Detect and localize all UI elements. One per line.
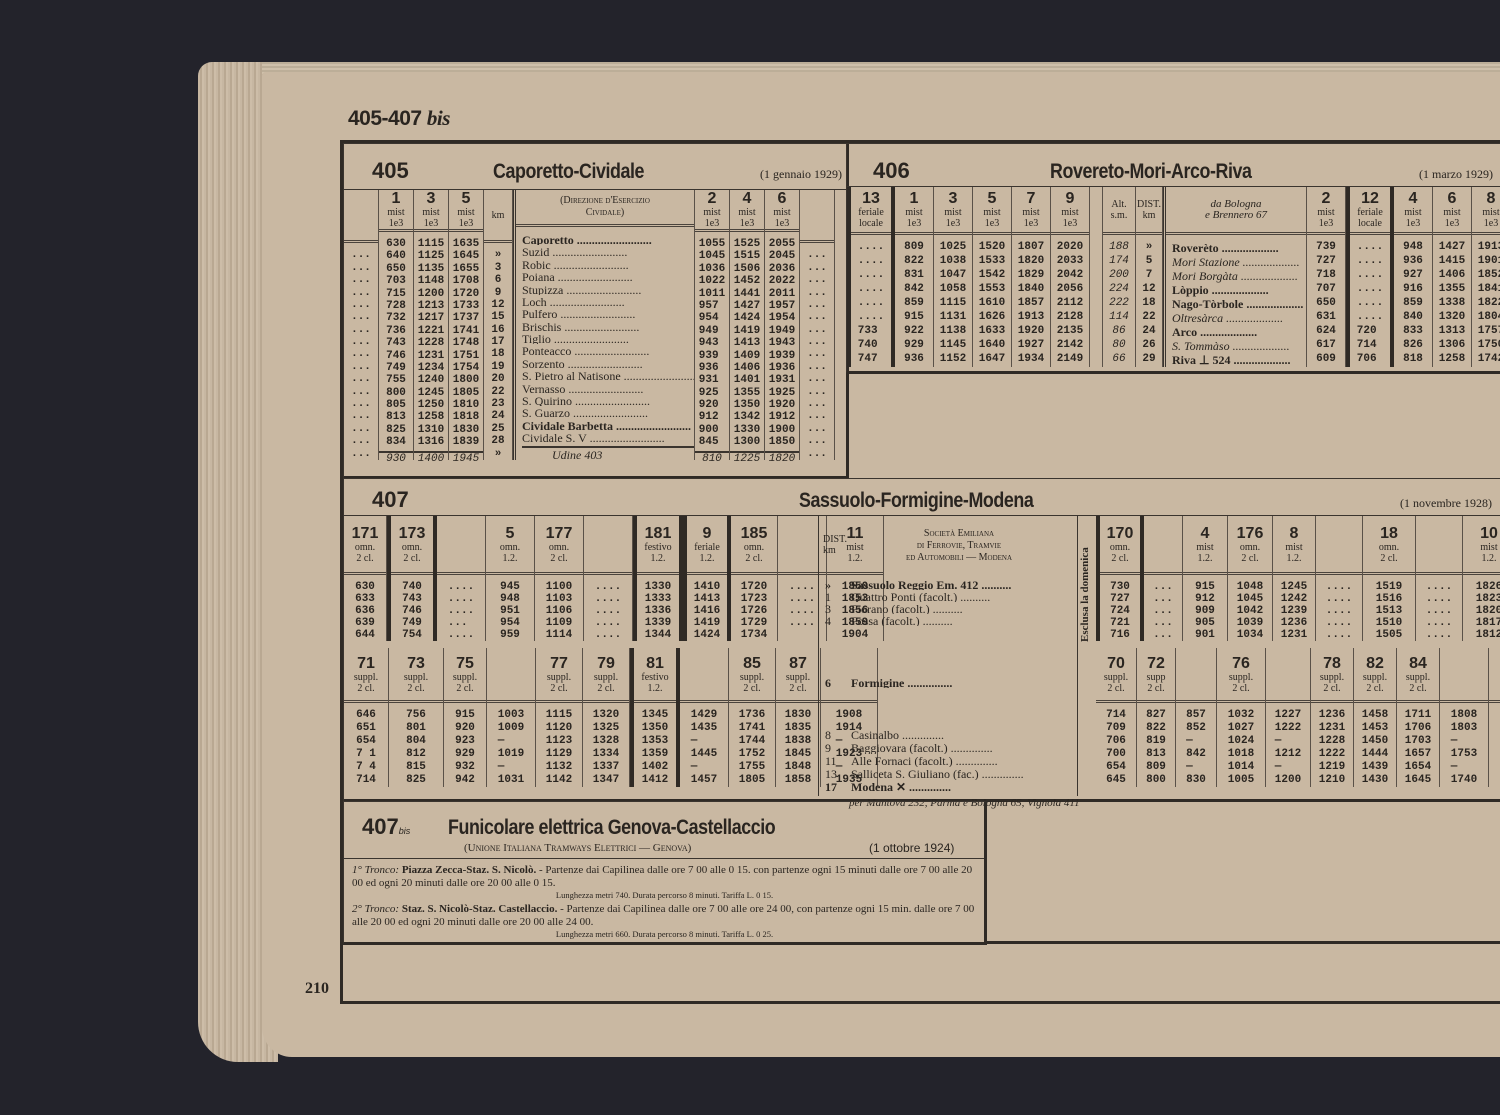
connection-time: 1225 <box>730 451 764 465</box>
time-cell: 915 <box>1195 581 1215 593</box>
train-header: 2mist1e3 <box>1307 187 1345 235</box>
time-cell: 1038 <box>940 255 966 269</box>
time-cell: 939 <box>699 350 725 362</box>
train-column: 76suppl.2 cl.103210271024101810141005 <box>1217 648 1266 787</box>
time-cell: 1520 <box>979 241 1005 255</box>
table-number: 407 <box>362 814 399 840</box>
train-header: 76suppl.2 cl. <box>1217 648 1265 703</box>
blank-column-cell: ... <box>344 361 378 373</box>
time-cell: .... <box>595 581 621 593</box>
train-header: 4mist1.2. <box>1183 516 1227 575</box>
train-class: 1e3 <box>946 218 960 229</box>
time-cell: 706 <box>1357 353 1383 367</box>
train-class: 2 cl. <box>1147 683 1164 694</box>
station-name: Sorzento ......................... <box>522 357 694 369</box>
time-cell: 1427 <box>1439 241 1465 255</box>
train-class: 1.2. <box>651 553 666 564</box>
time-cell: 922 <box>904 325 924 339</box>
train-times: 827822819813809800 <box>1146 703 1166 787</box>
blank-column-cell: ... <box>344 336 378 348</box>
time-cell: 2011 <box>769 288 795 300</box>
operator-line: di Ferrovie, Tramvie <box>849 540 1069 552</box>
time-cell: 2112 <box>1057 297 1083 311</box>
time-cell: 1748 <box>453 337 479 349</box>
train-header: 177omn.2 cl. <box>535 516 583 575</box>
blank-column-cell: ... <box>344 324 378 336</box>
train-header: 5omn.1.2. <box>486 516 534 575</box>
time-cell: 801 <box>406 722 426 735</box>
train-number: 5 <box>988 190 997 207</box>
time-cell: .... <box>1426 605 1452 617</box>
blank-column-cell: ... <box>344 398 378 410</box>
km-column-cell: 24 <box>1136 325 1162 339</box>
train-times: 14101413141614191424 <box>694 575 720 641</box>
train-number: 13 <box>862 190 880 207</box>
time-cell: 1726 <box>741 605 767 617</box>
time-cell: ... <box>1153 593 1173 605</box>
train-times: .................... <box>1426 575 1452 641</box>
time-cell: 2135 <box>1057 325 1083 339</box>
time-cell: 1444 <box>1362 748 1388 761</box>
time-cell: ... <box>1153 629 1173 641</box>
time-cell: 1805 <box>453 387 479 399</box>
train-class: 2 cl. <box>356 553 373 564</box>
tronco-1: 1° Tronco: Piazza Zecca-Staz. S. Nicolò.… <box>352 864 977 900</box>
station-name: Poiana ......................... <box>522 270 694 282</box>
table-title: Sassuolo-Formigine-Modena <box>799 489 1033 513</box>
train-number: 4 <box>743 190 752 207</box>
time-cell: 1830 <box>453 424 479 436</box>
train-type: omn. <box>549 542 569 553</box>
table-number: 405 <box>372 158 409 184</box>
from-note-line: e Brennero 67 <box>1205 210 1267 221</box>
blank-column: ........................................… <box>344 190 379 460</box>
train-number: 181 <box>645 525 672 542</box>
time-cell: 1736 <box>739 709 765 722</box>
time-cell: 1334 <box>593 748 619 761</box>
train-number: 76 <box>1232 655 1250 672</box>
time-cell: 1920 <box>769 399 795 411</box>
time-cell: 833 <box>1403 325 1423 339</box>
time-cell: 1633 <box>979 325 1005 339</box>
train-column: 181festivo1.2.13301333133613391344 <box>633 516 683 641</box>
km-value: 17 <box>825 780 851 793</box>
time-cell: 1913 <box>1018 311 1044 325</box>
time-cell: 650 <box>386 263 406 275</box>
train-column: 4mist1e315251515150614521441142714241419… <box>730 190 765 460</box>
train-column: 2mist1e310551045103610221011957954949943… <box>695 190 730 460</box>
time-cell: 1350 <box>734 399 760 411</box>
time-cell: .... <box>1357 269 1383 283</box>
station-name: Vernasso ......................... <box>522 382 694 394</box>
train-class: 1e3 <box>389 218 403 229</box>
blank-column-cell: ... <box>800 311 834 323</box>
time-cell: 1129 <box>546 748 572 761</box>
time-cell: 1734 <box>741 629 767 641</box>
altitude-column-cell: 174 <box>1103 255 1135 269</box>
time-cell: 645 <box>1106 774 1126 787</box>
time-cell: 2042 <box>1057 269 1083 283</box>
train-type: festivo <box>641 672 668 683</box>
train-class: 1e3 <box>1406 218 1420 229</box>
train-times: 1635164516551708172017331737174117481751… <box>453 232 479 449</box>
time-cell: 1803 <box>1451 722 1477 735</box>
train-header: 185omn.2 cl. <box>731 516 777 575</box>
train-column: 84suppl.2 cl.171117061703165716541645 <box>1397 648 1440 787</box>
time-cell: 954 <box>699 312 725 324</box>
time-cell: 1239 <box>1281 605 1307 617</box>
train-column: 4mist1e3948936927916859840833826818 <box>1394 187 1433 367</box>
train-times: 730727724721716 <box>1110 575 1130 641</box>
train-column: 13ferialelocale........................7… <box>847 187 895 367</box>
train-number: 4 <box>1201 525 1210 542</box>
time-cell: 633 <box>355 593 375 605</box>
time-cell: 716 <box>1110 629 1130 641</box>
time-cell: 905 <box>1195 617 1215 629</box>
time-cell: 1221 <box>418 325 444 337</box>
time-cell: 1222 <box>1275 722 1301 735</box>
train-type: omn. <box>355 542 375 553</box>
train-times: 2055204520362022201119571954194919431939… <box>769 232 795 449</box>
time-cell: 2149 <box>1057 353 1083 367</box>
train-column: 85suppl.2 cl.173617411744175217551805 <box>729 648 776 787</box>
time-cell: 724 <box>1110 605 1130 617</box>
time-cell: 1045 <box>699 250 725 262</box>
time-cell: 1829 <box>1018 269 1044 283</box>
time-cell: 1957 <box>769 300 795 312</box>
time-cell: 920 <box>699 399 725 411</box>
train-type: feriale <box>1357 207 1383 218</box>
time-cell: 1344 <box>645 629 671 641</box>
blank-column-cell: ... <box>800 423 834 435</box>
train-column: 70suppl.2 cl.714709706700654645 <box>1096 648 1137 787</box>
time-cell: 2022 <box>769 275 795 287</box>
time-cell: 1338 <box>1439 297 1465 311</box>
time-cell: 1123 <box>546 735 572 748</box>
time-cell: .... <box>448 593 474 605</box>
train-header: 5mist1e3 <box>449 190 483 232</box>
station-name: Cividale Barbetta ......................… <box>522 419 694 431</box>
train-header: 6mist1e3 <box>1433 187 1471 235</box>
train-header: 12ferialelocale <box>1350 187 1390 235</box>
train-class: 1e3 <box>775 218 789 229</box>
train-class: 2 cl. <box>403 553 420 564</box>
train-column: 857852—842—830 <box>1176 648 1217 787</box>
time-cell: 923 <box>455 735 475 748</box>
time-cell: 1435 <box>691 722 717 735</box>
train-column: .................... <box>584 516 633 641</box>
time-cell: 1657 <box>1405 748 1431 761</box>
train-column: 6mist1e320552045203620222011195719541949… <box>765 190 800 460</box>
time-cell: 1413 <box>694 593 720 605</box>
train-class: 1.2. <box>1287 553 1302 564</box>
altitude-column-cell: 86 <box>1103 325 1135 339</box>
train-number: 2 <box>1322 190 1331 207</box>
train-number: 70 <box>1107 655 1125 672</box>
time-cell: 2033 <box>1057 255 1083 269</box>
time-cell: 1453 <box>1362 722 1388 735</box>
train-times: 14291435—1445—1457 <box>691 703 717 787</box>
connection-time: 930 <box>379 451 413 465</box>
train-times: 18081803—1753—1740 <box>1451 703 1477 787</box>
train-column: 79suppl.2 cl.132013251328133413371347 <box>583 648 630 787</box>
train-times: 739727718707650631624617609 <box>1316 235 1336 367</box>
train-class: 1.2. <box>1198 553 1213 564</box>
time-cell: 840 <box>1403 311 1423 325</box>
time-cell: 809 <box>904 241 924 255</box>
time-cell: 1333 <box>645 593 671 605</box>
train-times: ................ <box>789 575 815 641</box>
time-cell: 929 <box>455 748 475 761</box>
train-number: 78 <box>1323 655 1341 672</box>
time-cell: 617 <box>1316 339 1336 353</box>
train-class: 1.2. <box>503 553 518 564</box>
train-column: 12271222—1212—1200 <box>1266 648 1311 787</box>
time-cell: 825 <box>386 424 406 436</box>
operator-line: (Direzione d'Esercizio <box>560 195 650 207</box>
time-cell: 1655 <box>453 263 479 275</box>
train-times: 1115112511351148120012131217122112281231… <box>418 232 444 449</box>
time-cell: 746 <box>402 605 422 617</box>
km-column-cell: 28 <box>484 435 512 447</box>
time-cell: 1234 <box>418 362 444 374</box>
train-class: 1.2. <box>648 683 663 694</box>
station-name: Formigine ............... <box>851 676 952 688</box>
time-cell: 727 <box>1316 255 1336 269</box>
train-times: 945948951954959 <box>500 575 520 641</box>
train-header: 5mist1e3 <box>973 187 1011 235</box>
time-cell: 1409 <box>734 350 760 362</box>
train-times: ................... <box>448 575 474 641</box>
train-type: feriale <box>694 542 720 553</box>
time-cell: 1850 <box>769 436 795 448</box>
time-cell: 743 <box>386 337 406 349</box>
altitude-column-cell: 200 <box>1103 269 1135 283</box>
km-value: 1 <box>825 590 851 602</box>
stations-column: da Bolognae Brennero 67Roverèto ........… <box>1163 187 1307 367</box>
time-cell: 736 <box>386 325 406 337</box>
altitude-column-cell: 222 <box>1103 297 1135 311</box>
km-column-body: »57121822242629 <box>1136 235 1162 367</box>
train-class: locale <box>859 218 883 229</box>
train-header: 4mist1e3 <box>730 190 764 232</box>
station-name: S. Guarzo ......................... <box>522 406 694 418</box>
time-cell: 831 <box>904 269 924 283</box>
time-cell: 942 <box>455 774 475 787</box>
station-row: 6Formigine ............... <box>825 676 952 688</box>
altitude-column-cell: 114 <box>1103 311 1135 325</box>
train-number: 9 <box>703 525 712 542</box>
train-type: suppl. <box>1104 672 1128 683</box>
time-cell: 654 <box>1106 761 1126 774</box>
time-cell: 936 <box>1403 255 1423 269</box>
time-cell: 1848 <box>785 761 811 774</box>
time-cell: .... <box>789 581 815 593</box>
train-number: 8 <box>1487 190 1496 207</box>
time-cell: 1755 <box>739 761 765 774</box>
time-cell: — <box>691 761 717 774</box>
blank-column-cell: ... <box>800 348 834 360</box>
time-cell: .... <box>1357 255 1383 269</box>
station-row: 13Salliceta S. Giuliano (fac.) .........… <box>825 767 1024 780</box>
time-cell: 822 <box>1146 722 1166 735</box>
time-cell: 651 <box>356 722 376 735</box>
time-cell: 1213 <box>418 300 444 312</box>
train-number: 10 <box>1480 525 1498 542</box>
blank-column-header <box>344 190 378 243</box>
train-column: 170omn.2 cl.730727724721716 <box>1096 516 1144 641</box>
time-cell: 720 <box>1357 325 1383 339</box>
time-cell: 1148 <box>418 275 444 287</box>
train-times: 18261823182018171812 <box>1476 575 1500 641</box>
time-cell: 1754 <box>453 362 479 374</box>
train-times: 10481045104210391034 <box>1237 575 1263 641</box>
stations-panel: Società Emilianadi Ferrovie, Tramvieed A… <box>818 516 1078 796</box>
station-row: 4Fossa (facolt.) .......... <box>825 614 1011 626</box>
time-cell: 1645 <box>453 250 479 262</box>
km-value: » <box>825 578 851 590</box>
station-name: Oltresàrca ................... <box>1172 311 1306 325</box>
train-type: suppl. <box>1229 672 1253 683</box>
blank-column-cell: ... <box>344 373 378 385</box>
page-number: 210 <box>305 980 329 998</box>
time-cell: 957 <box>699 300 725 312</box>
train-type: omn. <box>1240 542 1260 553</box>
time-cell: 1744 <box>739 735 765 748</box>
time-cell: 1125 <box>418 250 444 262</box>
operator: (Unione Italiana Tramways Elettrici — Ge… <box>464 842 691 854</box>
table-406: 406 Rovereto-Mori-Arco-Riva (1 marzo 192… <box>846 143 1500 374</box>
km-value: 13 <box>825 767 851 780</box>
time-cell: 1913 <box>1478 241 1500 255</box>
time-cell: 707 <box>1316 283 1336 297</box>
train-header <box>1266 648 1310 703</box>
time-cell: 943 <box>699 337 725 349</box>
train-type: feriale <box>858 207 884 218</box>
train-class: 2 cl. <box>357 683 374 694</box>
time-cell: ... <box>1153 581 1173 593</box>
time-cell: 813 <box>1146 748 1166 761</box>
time-cell: 1804 <box>1478 311 1500 325</box>
train-class: 2 cl. <box>1107 683 1124 694</box>
km-column-cell: 16 <box>484 324 512 336</box>
time-cell: .... <box>1326 581 1352 593</box>
train-header: 1mist1e3 <box>895 187 933 235</box>
train-number: 7 <box>1027 190 1036 207</box>
time-cell: 830 <box>1186 774 1206 787</box>
blank-column-body: ........................................… <box>344 243 378 460</box>
train-times: 15191516151315101505 <box>1376 575 1402 641</box>
train-type: suppl. <box>740 672 764 683</box>
time-cell: 912 <box>1195 593 1215 605</box>
time-cell: 1706 <box>1405 722 1431 735</box>
blank-column-cell: ... <box>800 448 834 460</box>
time-cell: 727 <box>1110 593 1130 605</box>
time-cell: 1516 <box>1376 593 1402 605</box>
time-cell: ... <box>448 617 474 629</box>
train-type: mist <box>983 207 1000 218</box>
time-cell: 740 <box>858 339 884 353</box>
time-cell: 1610 <box>979 297 1005 311</box>
train-times: 102510381047105811151131113811451152 <box>940 235 966 367</box>
time-cell: 1737 <box>453 312 479 324</box>
station-name: Cividale S. V ......................... <box>522 431 694 443</box>
time-cell: 809 <box>1146 761 1166 774</box>
time-cell: 1723 <box>741 593 767 605</box>
time-cell: .... <box>858 297 884 311</box>
train-type: suppl. <box>594 672 618 683</box>
time-cell: 800 <box>386 387 406 399</box>
running-head: 405-407 bis <box>348 106 450 131</box>
table-407bis-header: 407bis Funicolare elettrica Genova-Caste… <box>362 814 833 840</box>
table-407-header: 407 Sassuolo-Formigine-Modena (1 novembr… <box>372 487 1492 513</box>
time-cell: 1927 <box>1018 339 1044 353</box>
km-value: 11 <box>825 754 851 767</box>
time-cell: .... <box>595 629 621 641</box>
time-cell: 1036 <box>699 263 725 275</box>
train-column: 82suppl.2 cl.145814531450144414391430 <box>1354 648 1397 787</box>
time-cell: 1626 <box>979 311 1005 325</box>
km-column-cell: 12 <box>484 299 512 311</box>
train-column: 171omn.2 cl.630633636639644 <box>344 516 387 641</box>
time-cell: 7 4 <box>356 761 376 774</box>
blank-column-cell: ... <box>800 361 834 373</box>
train-type: mist <box>1482 207 1499 218</box>
train-column: 10031009—1019—1031 <box>487 648 536 787</box>
km-column: km»369121516171819202223242528» <box>484 190 513 460</box>
time-cell: .... <box>448 581 474 593</box>
train-number: 5 <box>506 525 515 542</box>
train-column: 10mist1.2.18261823182018171812 <box>1463 516 1500 641</box>
train-times: ............... <box>1153 575 1173 641</box>
station-row: »Sassuolo Reggio Em. 412 .......... <box>825 578 1011 590</box>
train-times: 1055104510361022101195795494994393993693… <box>699 232 725 449</box>
time-cell: 1939 <box>769 350 795 362</box>
time-cell: 1339 <box>645 617 671 629</box>
blank-column-header <box>800 190 834 243</box>
time-cell: 1840 <box>1018 283 1044 297</box>
km-column-cell: 26 <box>1136 339 1162 353</box>
time-cell: 1751 <box>453 350 479 362</box>
train-times: 11001103110611091114 <box>546 575 572 641</box>
train-type: mist <box>1443 207 1460 218</box>
train-header <box>487 648 535 703</box>
train-column: 14291435—1445—1457 <box>680 648 729 787</box>
time-cell: 842 <box>904 283 924 297</box>
time-cell: .... <box>448 629 474 641</box>
time-cell: .... <box>1326 605 1352 617</box>
train-times: .................... <box>1326 575 1352 641</box>
km-column-cell: 18 <box>1136 297 1162 311</box>
time-cell: 636 <box>355 605 375 617</box>
train-type: mist <box>1022 207 1039 218</box>
connection-time: 1400 <box>414 451 448 465</box>
time-cell: .... <box>1357 297 1383 311</box>
train-class: 1e3 <box>424 218 438 229</box>
time-cell: 1258 <box>418 411 444 423</box>
train-class: 1.2. <box>1482 553 1497 564</box>
train-column: 8mist1e319131901185218411822180417571750… <box>1472 187 1500 367</box>
train-header: 3mist1e3 <box>934 187 972 235</box>
train-header <box>584 516 632 575</box>
time-cell: 927 <box>1403 269 1423 283</box>
connection-time: 1945 <box>449 451 483 465</box>
time-cell: 714 <box>1357 339 1383 353</box>
time-cell: 1419 <box>694 617 720 629</box>
train-number: 87 <box>789 655 807 672</box>
train-header: 87suppl.2 cl. <box>776 648 820 703</box>
train-number: 71 <box>357 655 375 672</box>
